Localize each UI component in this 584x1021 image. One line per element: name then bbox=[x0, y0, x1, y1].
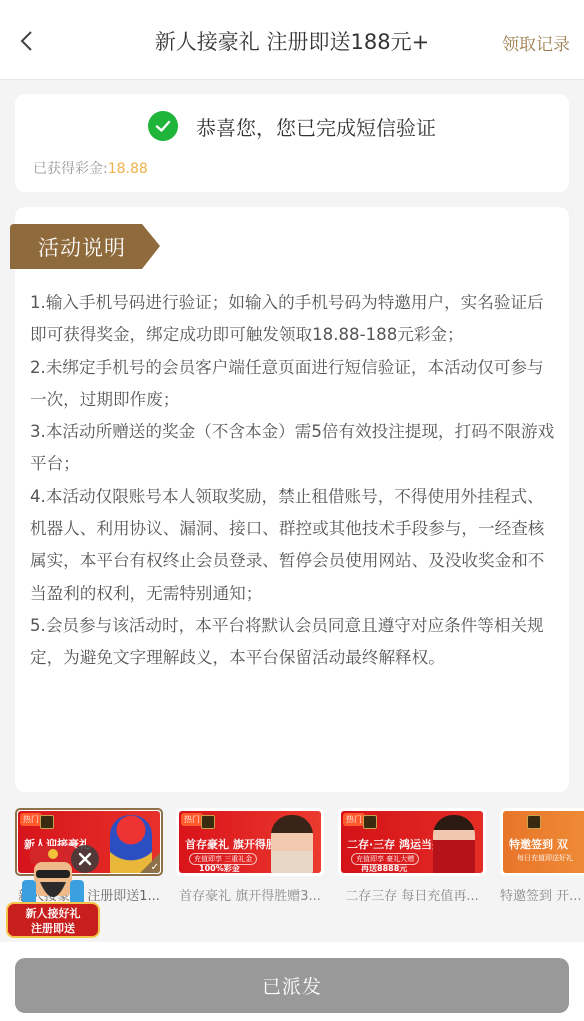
promo-bonus: 再送8888元 bbox=[361, 863, 407, 873]
bottom-action-bar: 已派发 bbox=[0, 942, 584, 1021]
promo-label: 首存豪礼 旗开得胜赠3... bbox=[176, 885, 324, 904]
earned-bonus: 已获得彩金:18.88 bbox=[33, 158, 148, 178]
promo-thumbnail: 特邀签到 双 每日充值即送好礼 bbox=[500, 808, 584, 876]
floating-badge-banner: 新人接好礼 注册即送 bbox=[6, 902, 100, 938]
hot-badge: 热门 bbox=[20, 813, 42, 826]
promo-item-vip-checkin[interactable]: 特邀签到 双 每日充值即送好礼 特邀签到 开... bbox=[500, 808, 584, 904]
check-icon: ✓ bbox=[151, 862, 159, 873]
floating-badge-line2: 注册即送 bbox=[8, 921, 98, 936]
promo-label: 特邀签到 开... bbox=[500, 885, 584, 904]
promo-label: 二存三存 每日充值再... bbox=[338, 885, 486, 904]
activity-rules-tag: 活动说明 bbox=[10, 224, 160, 269]
rule-item: 5.会员参与该活动时，本平台将默认会员同意且遵守对应条件等相关规定，为避免文字理… bbox=[30, 610, 560, 675]
floating-badge-line1: 新人接好礼 bbox=[8, 906, 98, 921]
model-image bbox=[433, 815, 475, 873]
close-icon bbox=[78, 852, 92, 866]
check-circle-icon bbox=[148, 111, 178, 141]
earned-bonus-amount: 18.88 bbox=[108, 161, 148, 177]
verification-status-card: 恭喜您，您已完成短信验证 已获得彩金:18.88 bbox=[15, 94, 569, 192]
hot-badge: 热门 bbox=[343, 813, 365, 826]
claim-record-link[interactable]: 领取记录 bbox=[502, 30, 570, 55]
activity-rules-text: 1.输入手机号码进行验证；如输入的手机号码为特邀用户，实名验证后即可获得奖金，绑… bbox=[30, 287, 560, 675]
close-floating-badge-button[interactable] bbox=[71, 845, 99, 873]
promo-headline: 特邀签到 双 bbox=[509, 836, 568, 852]
promo-item-second-deposit[interactable]: 热门 二存·三存 鸿运当头 充值即享 豪礼大赠 再送8888元 二存三存 每日充… bbox=[338, 808, 486, 904]
promo-item-first-deposit[interactable]: 热门 首存豪礼 旗开得胜 充值即享 三重礼金 100%彩金 首存豪礼 旗开得胜赠… bbox=[176, 808, 324, 904]
hot-badge: 热门 bbox=[181, 813, 203, 826]
promo-headline: 二存·三存 鸿运当头 bbox=[347, 836, 443, 852]
earned-bonus-label: 已获得彩金: bbox=[33, 161, 108, 177]
page-title: 新人接豪礼 注册即送188元+ bbox=[0, 26, 584, 56]
top-navigation-bar: 新人接豪礼 注册即送188元+ 领取记录 bbox=[0, 0, 584, 80]
promo-thumbnail: 热门 二存·三存 鸿运当头 充值即享 豪礼大赠 再送8888元 bbox=[338, 808, 486, 876]
rule-item: 1.输入手机号码进行验证；如输入的手机号码为特邀用户，实名验证后即可获得奖金，绑… bbox=[30, 287, 560, 352]
activity-rules-card: 活动说明 1.输入手机号码进行验证；如输入的手机号码为特邀用户，实名验证后即可获… bbox=[15, 207, 569, 792]
brand-logo-icon bbox=[363, 815, 377, 829]
promo-bonus: 100%彩金 bbox=[199, 863, 240, 873]
rule-item: 3.本活动所赠送的奖金（不含本金）需5倍有效投注提现，打码不限游戏平台； bbox=[30, 416, 560, 481]
verification-message: 恭喜您，您已完成短信验证 bbox=[196, 112, 436, 141]
rule-item: 4.本活动仅限账号本人领取奖励，禁止租借账号，不得使用外挂程式、机器人、利用协议… bbox=[30, 481, 560, 610]
promo-headline: 首存豪礼 旗开得胜 bbox=[185, 836, 277, 852]
rule-item: 2.未绑定手机号的会员客户端任意页面进行短信验证，本活动仅可参与一次，过期即作废… bbox=[30, 352, 560, 417]
model-image bbox=[271, 815, 313, 873]
promo-thumbnail: 热门 首存豪礼 旗开得胜 充值即享 三重礼金 100%彩金 bbox=[176, 808, 324, 876]
verification-message-row: 恭喜您，您已完成短信验证 bbox=[15, 111, 569, 141]
activity-rules-title: 活动说明 bbox=[38, 232, 126, 262]
brand-logo-icon bbox=[201, 815, 215, 829]
dispatched-button[interactable]: 已派发 bbox=[15, 958, 569, 1013]
brand-logo-icon bbox=[527, 815, 541, 829]
promo-subtitle: 每日充值即送好礼 bbox=[513, 853, 577, 863]
brand-logo-icon bbox=[40, 815, 54, 829]
